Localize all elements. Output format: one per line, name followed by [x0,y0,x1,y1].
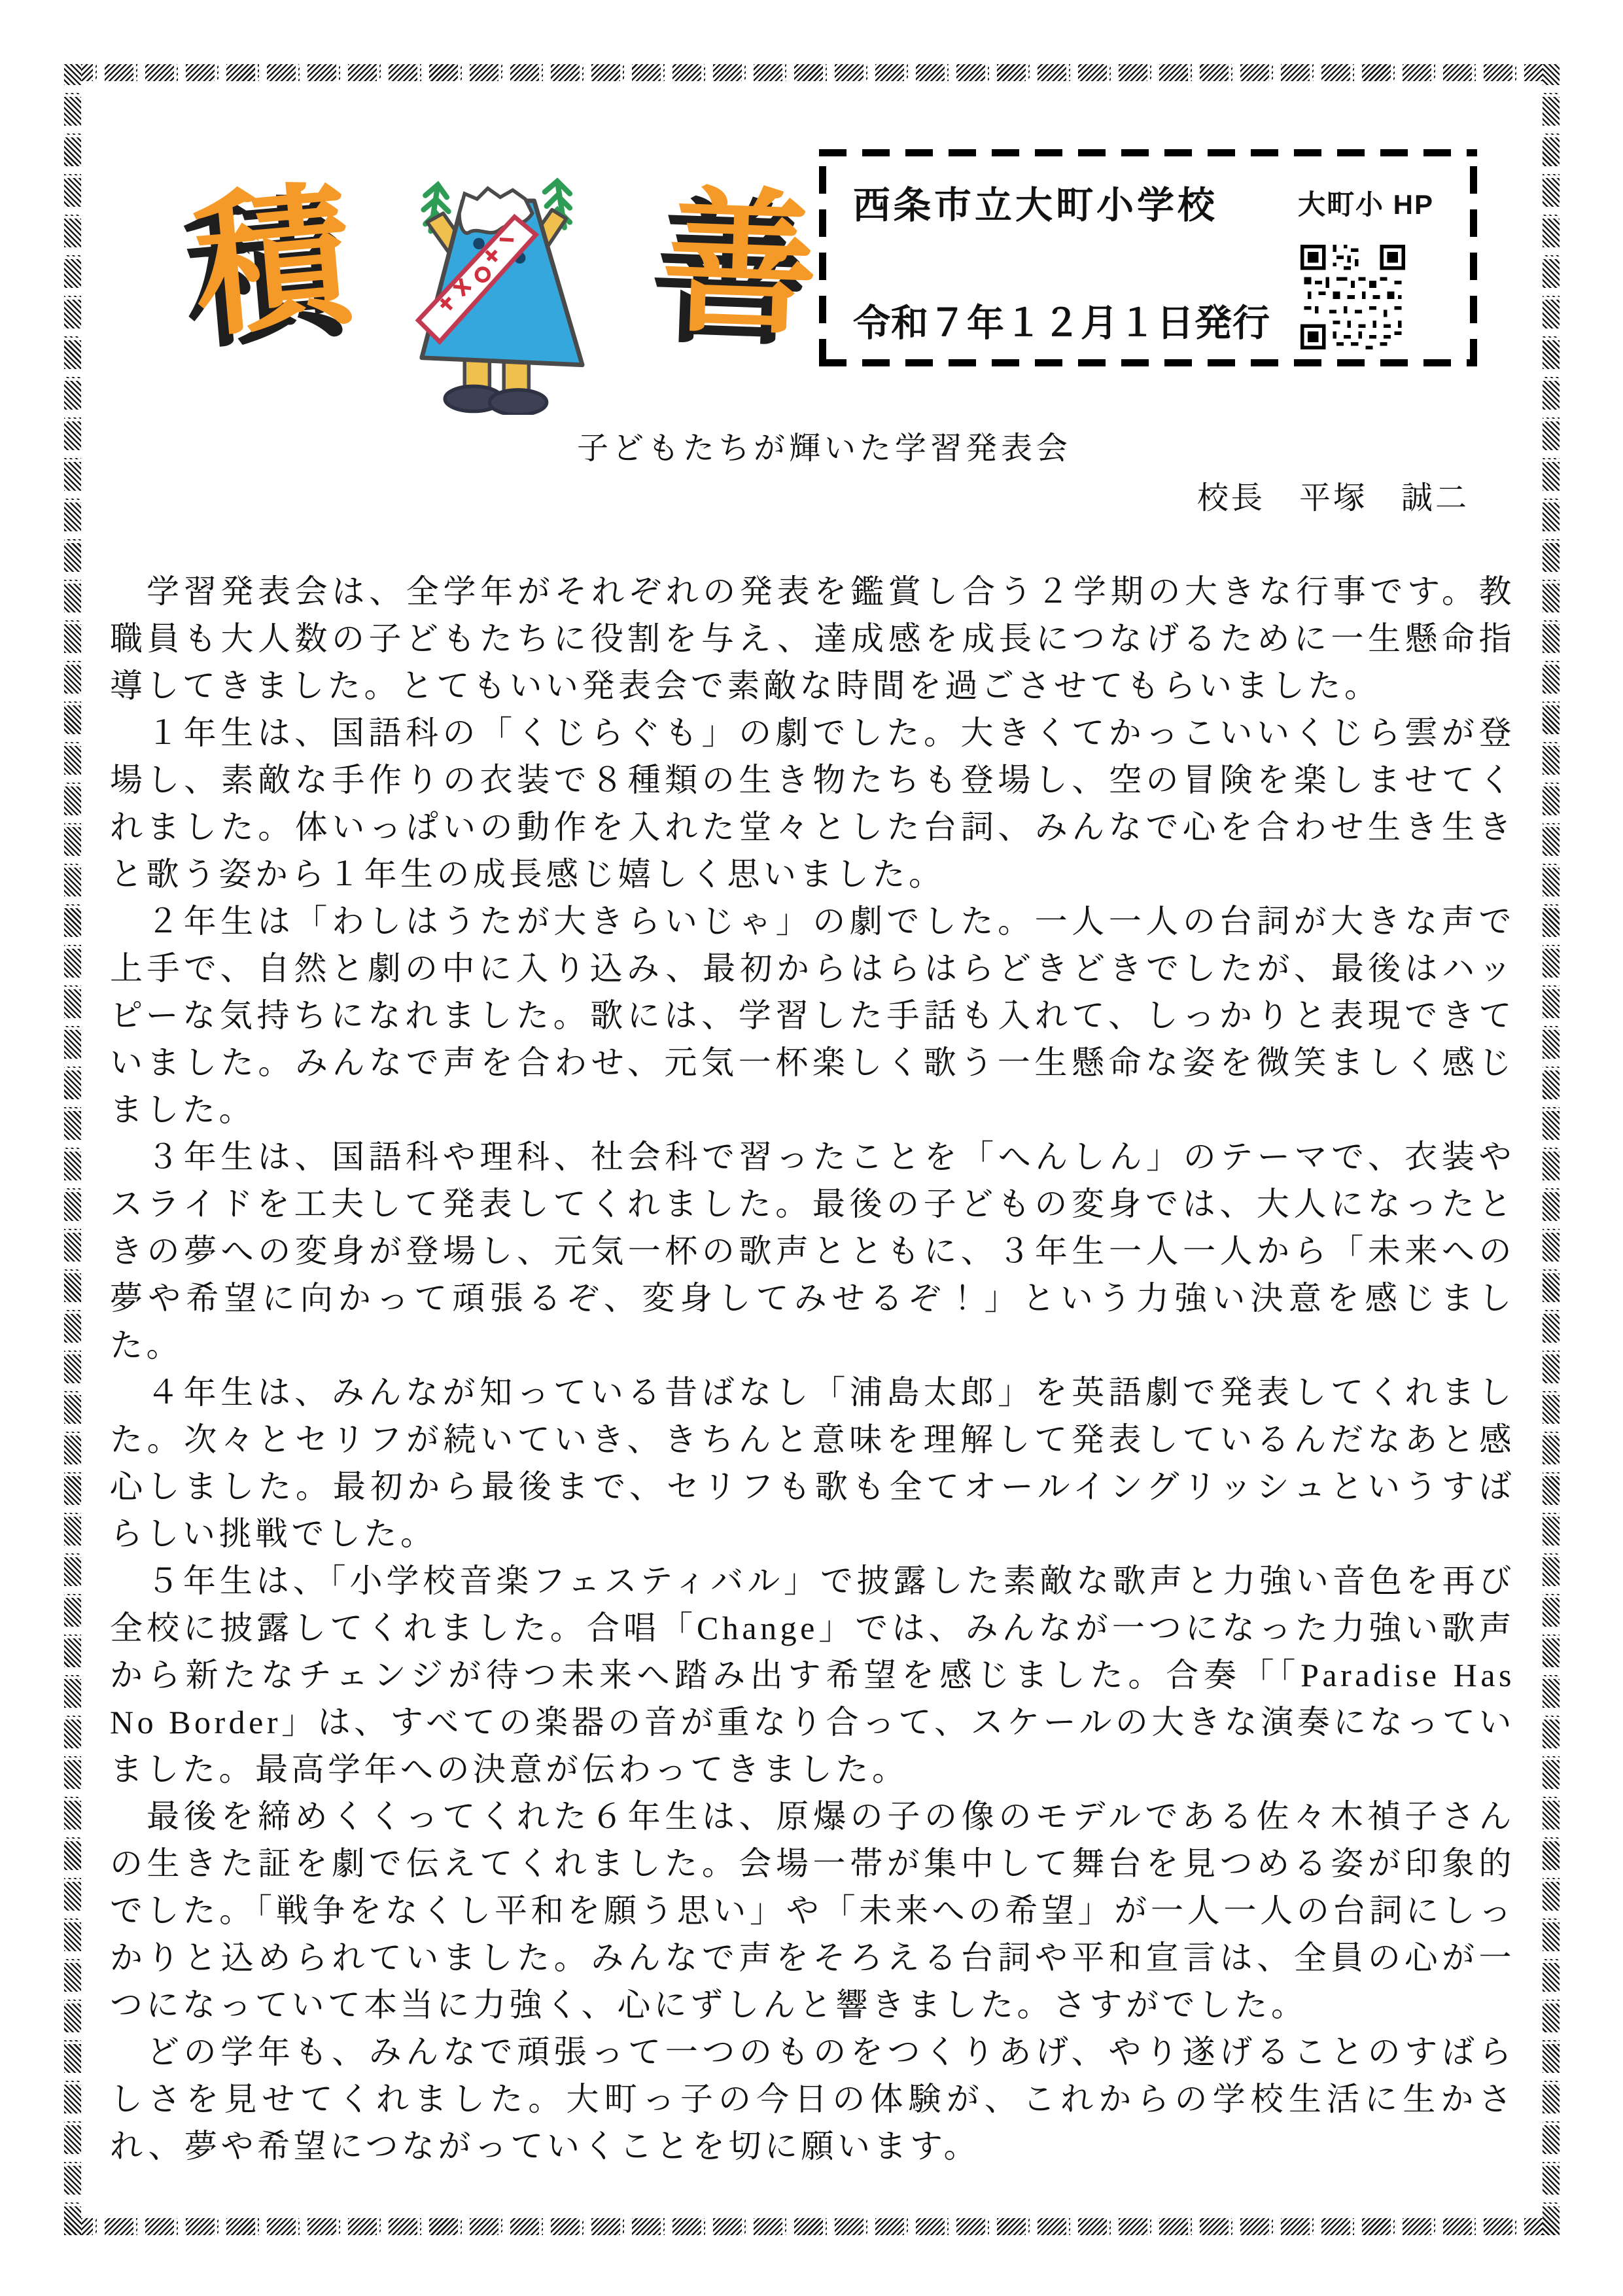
article-paragraph: ３年生は、国語科や理科、社会科で習ったことを「へんしん」のテーマで、衣装やスライ… [110,1133,1515,1369]
decorative-border-bottom [64,2218,1560,2235]
article-paragraph: ４年生は、みんなが知っている昔ばなし「浦島太郎」を英語劇で発表してくれました。次… [110,1369,1515,1557]
school-mascot-illustration [400,174,597,415]
issue-date: 令和７年１２月１日発行 [853,293,1270,347]
article-paragraph: ５年生は、「小学校音楽フェスティバル」で披露した素敵な歌声と力強い音色を再び全校… [110,1557,1515,1793]
article-paragraph: ２年生は「わしはうたが大きらいじゃ」の劇でした。一人一人の台詞が大きな声で上手で… [110,898,1515,1133]
qr-code [1300,245,1405,349]
article-body: 学習発表会は、全学年がそれぞれの発表を鑑賞し合う２学期の大きな行事です。教職員も… [110,568,1515,2170]
article-paragraph: 最後を締めくくってくれた６年生は、原爆の子の像のモデルである佐々木禎子さんの生き… [110,1793,1515,2028]
article-paragraph: １年生は、国語科の「くじらぐも」の劇でした。大きくてかっこいいくじら雲が登場し、… [110,709,1515,898]
logo-character-zen: 善 [659,185,820,345]
decorative-border-top [64,64,1560,81]
issue-info-box: 西条市立大町小学校 大町小 HP 令和７年１２月１日発行 [819,149,1477,366]
newsletter-page: 積 [0,0,1623,2296]
logo-character-seki: 積 [188,178,357,347]
article-byline: 校長 平塚 誠二 [1197,472,1469,518]
decorative-border-right [1543,64,1560,2235]
article-paragraph: どの学年も、みんなで頑張って一つのものをつくりあげ、やり遂げることのすばらしさを… [110,2028,1515,2170]
article-title: 子どもたちが輝いた学習発表会 [577,423,1072,468]
school-name: 西条市立大町小学校 [853,175,1218,229]
mascot-shoes [445,386,546,415]
homepage-label: 大町小 HP [1298,183,1434,222]
decorative-border-left [64,64,81,2235]
article-paragraph: 学習発表会は、全学年がそれぞれの発表を鑑賞し合う２学期の大きな行事です。教職員も… [110,568,1515,709]
